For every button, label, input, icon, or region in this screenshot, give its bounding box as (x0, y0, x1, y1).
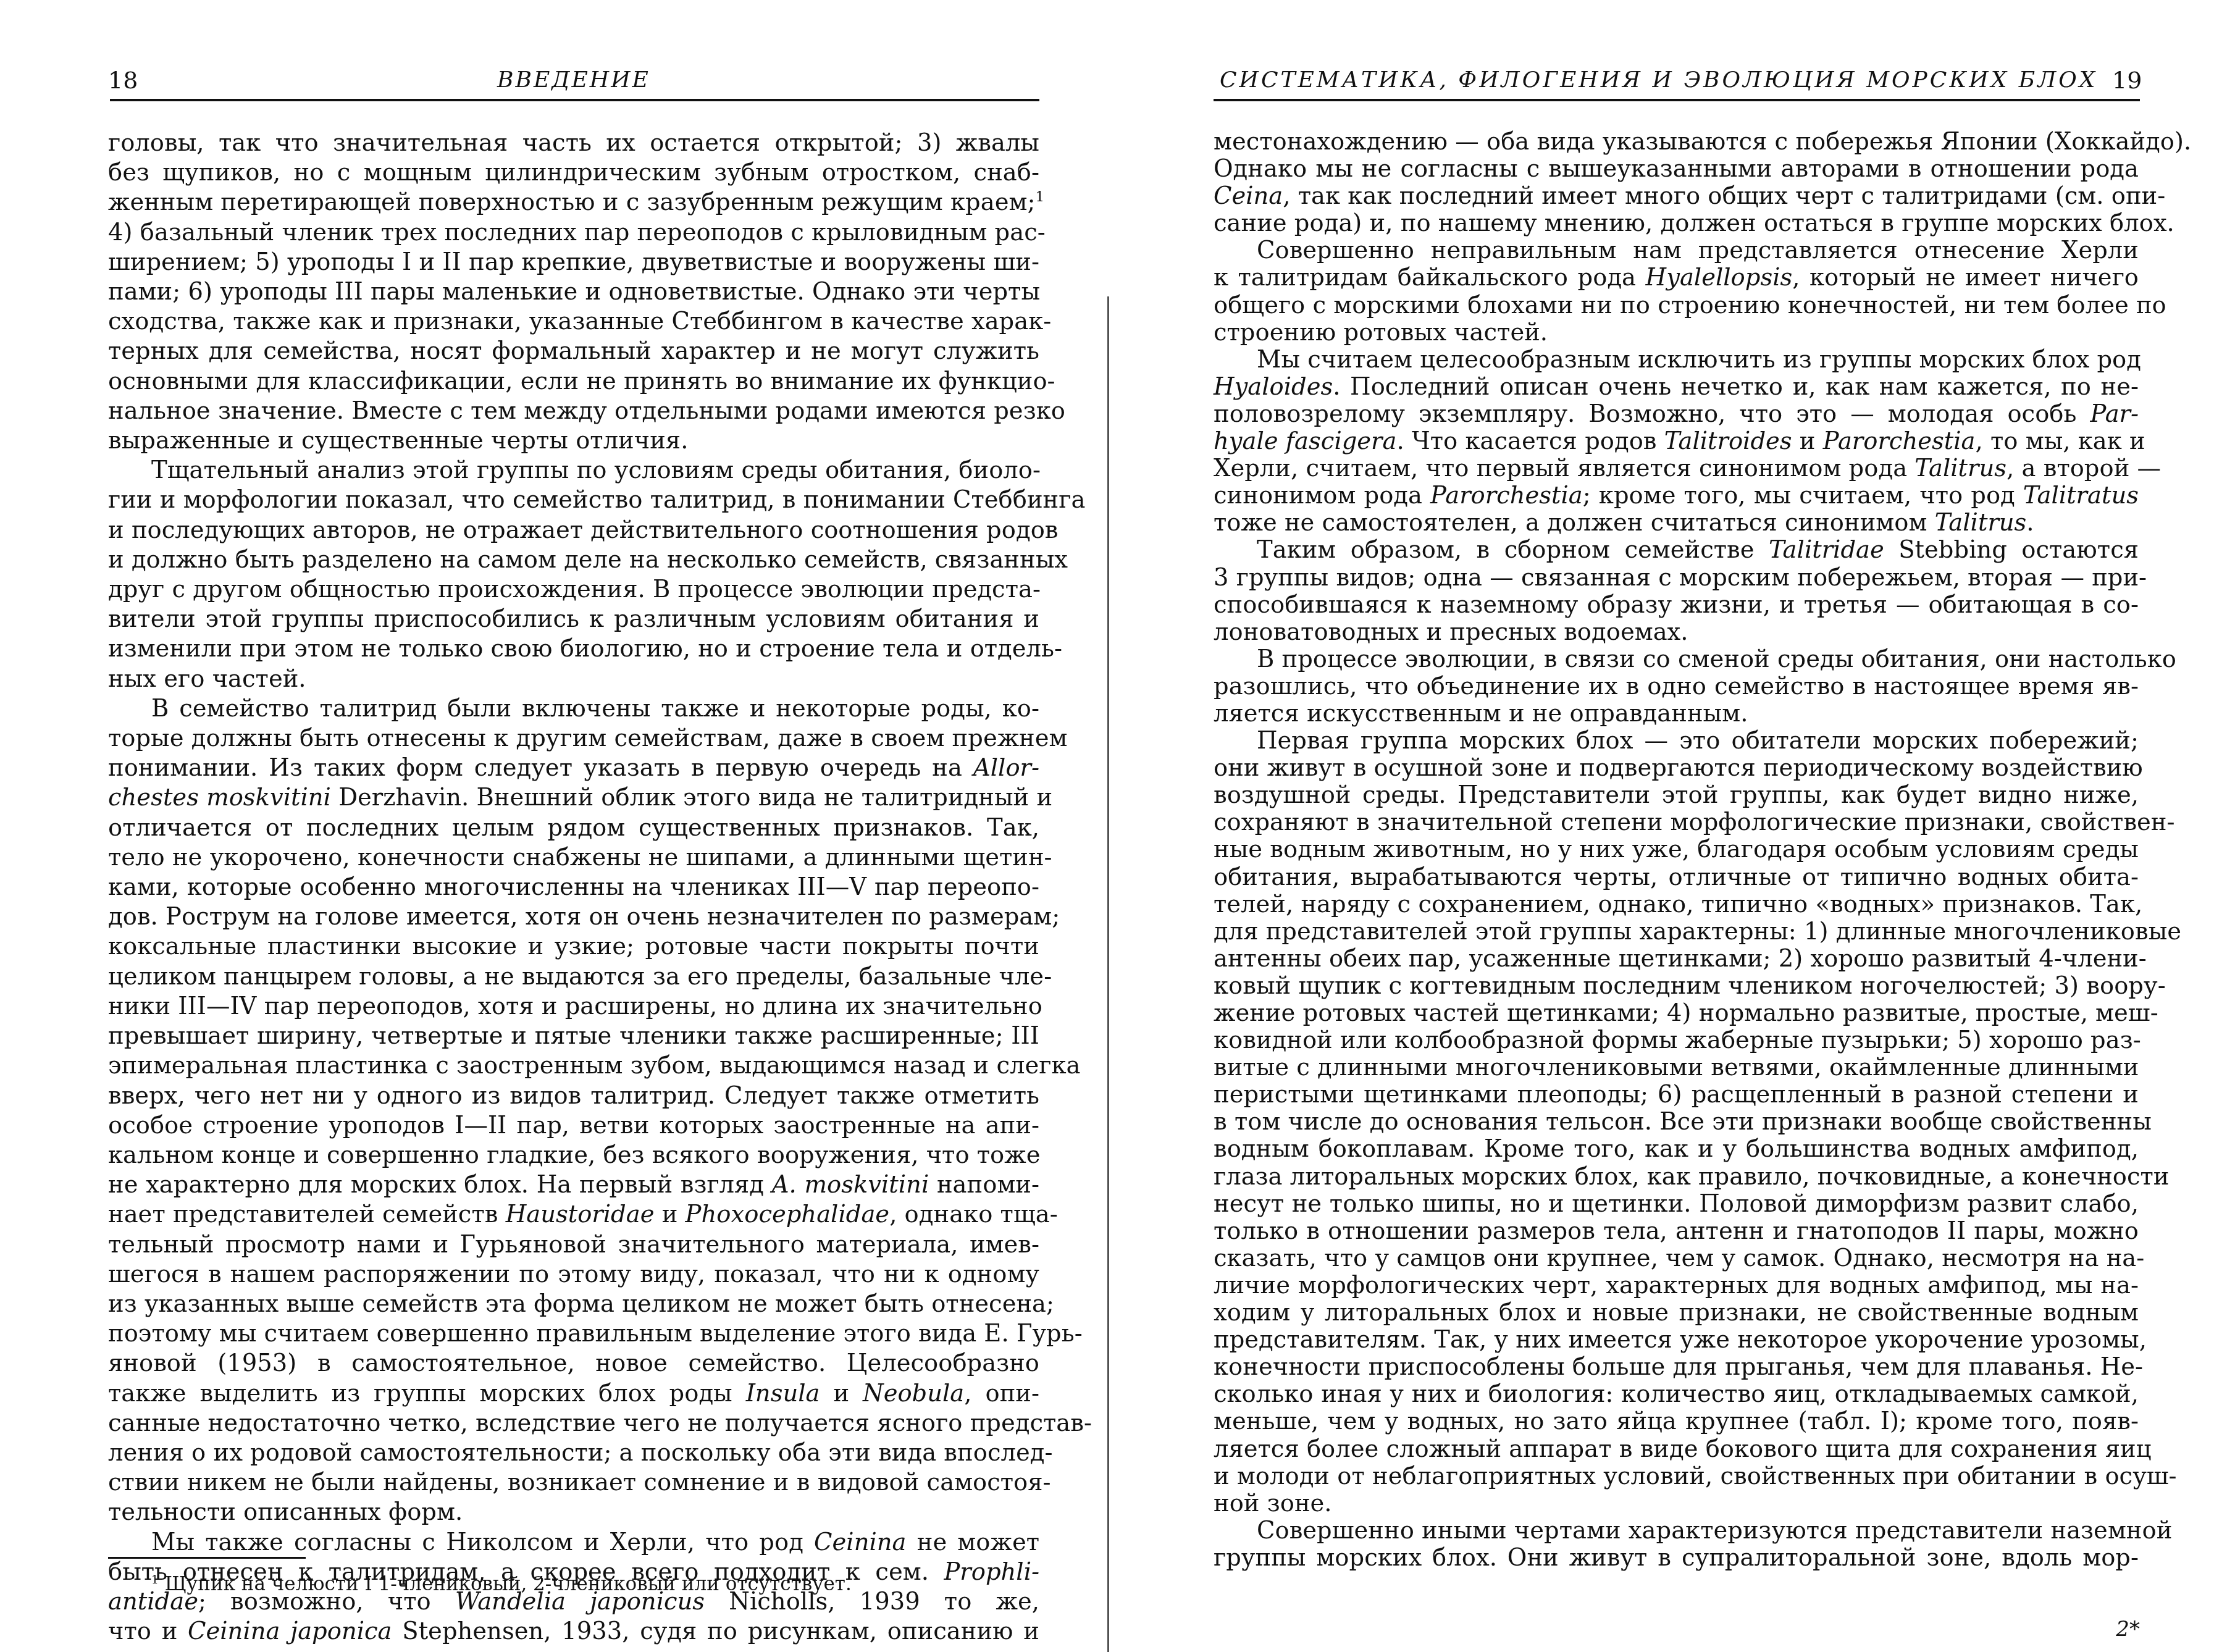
text-line: Тщательный анализ этой группы по условия… (108, 456, 1039, 485)
text-line: пами; 6) уроподы III пары маленькие и од… (108, 277, 1039, 307)
text-line: из указанных выше семейств эта форма цел… (108, 1289, 1039, 1319)
text-line: личие морфологических черт, характерных … (1214, 1272, 2139, 1299)
text-line: яновой (1953) в самостоятельное, новое с… (108, 1349, 1039, 1378)
left-page: 18 ВВЕДЕНИЕ головы, так что значительная… (0, 0, 1105, 1652)
text-line: превышает ширину, четвертые и пятые член… (108, 1021, 1039, 1051)
text-line: ляется более сложный аппарат в виде боко… (1214, 1436, 2139, 1463)
text-line: способившаяся к наземному образу жизни, … (1214, 592, 2139, 619)
text-line: целиком панцырем головы, а не выдаются з… (108, 962, 1039, 992)
text-line: витые с длинными многочлениковыми ветвям… (1214, 1054, 2139, 1081)
text-line: ники III—IV пар переоподов, хотя и расши… (108, 992, 1039, 1021)
text-line: 3 группы видов; одна — связанная с морск… (1214, 564, 2139, 592)
text-line: изменили при этом не только свою биологи… (108, 634, 1039, 664)
text-line: воздушной среды. Представители этой груп… (1214, 782, 2139, 809)
header-rule (110, 99, 1039, 101)
text-line: Мы также согласны с Николсом и Херли, чт… (108, 1528, 1039, 1558)
text-line: торые должны быть отнесены к другим семе… (108, 724, 1039, 753)
text-line: В семейство талитрид были включены также… (108, 694, 1039, 724)
footnote-rule (108, 1557, 306, 1559)
text-line: Ceina, так как последний имеет много общ… (1214, 183, 2139, 210)
text-line: тельный просмотр нами и Гурьяновой значи… (108, 1230, 1039, 1260)
text-line: кальном конце и совершенно гладкие, без … (108, 1141, 1039, 1170)
text-line: тоже не самостоятелен, а должен считатьс… (1214, 509, 2139, 537)
text-line: телей, наряду с сохранением, однако, тип… (1214, 891, 2139, 918)
text-line: вверх, чего нет ни у одного из видов тал… (108, 1081, 1039, 1111)
text-line: Однако мы не согласны с вышеуказанными а… (1214, 156, 2139, 183)
text-line: поэтому мы считаем совершенно правильным… (108, 1319, 1039, 1349)
text-line: hyale fascigera. Что касается родов Tali… (1214, 428, 2139, 455)
text-line: chestes moskvitini Derzhavin. Внешний об… (108, 783, 1039, 813)
text-line: группы морских блох. Они живут в супрали… (1214, 1545, 2139, 1572)
page-number: 18 (108, 65, 138, 96)
text-line: санные недостаточно четко, вследствие че… (108, 1409, 1039, 1438)
text-line: к талитридам байкальского рода Hyalellop… (1214, 264, 2139, 291)
text-line: друг с другом общностью происхождения. В… (108, 575, 1039, 605)
text-line: что и Ceinina japonica Stephensen, 1933,… (108, 1617, 1039, 1646)
footnote-marker: 1 (151, 1574, 159, 1587)
text-line: строению ротовых частей. (1214, 319, 2139, 346)
text-line: и должно быть разделено на самом деле на… (108, 545, 1039, 575)
text-line: ствии никем не были найдены, возникает с… (108, 1468, 1039, 1498)
text-line: нальное значение. Вместе с тем между отд… (108, 396, 1039, 426)
text-line: ковидной или колбообразной формы жаберны… (1214, 1027, 2139, 1054)
text-line: сколько иная у них и биология: количеств… (1214, 1381, 2139, 1408)
text-line: ления о их родовой самостоятельности; а … (108, 1438, 1039, 1468)
text-line: ками, которые особенно многочисленны на … (108, 873, 1039, 902)
text-line: ходим у литоральных блох и новые признак… (1214, 1299, 2139, 1327)
text-line: особое строение уроподов I—II пар, ветви… (108, 1111, 1039, 1141)
right-page: СИСТЕМАТИКА, ФИЛОГЕНИЯ И ЭВОЛЮЦИЯ МОРСКИ… (1112, 0, 2214, 1652)
text-line: выраженные и существенные черты отличия. (108, 426, 1039, 456)
text-line: Таким образом, в сборном семействе Talit… (1214, 537, 2139, 564)
text-line: также выделить из группы морских блох ро… (108, 1379, 1039, 1409)
text-line: ные водным животным, но у них уже, благо… (1214, 836, 2139, 863)
footnote: 1 Щупик на челюсти I 1-члениковый, 2-чле… (151, 1572, 852, 1596)
text-line: гии и морфологии показал, что семейство … (108, 485, 1039, 515)
text-line: 4) базальный членик трех последних пар п… (108, 218, 1039, 248)
text-line: половозрелому экземпляру. Возможно, что … (1214, 401, 2139, 428)
text-line: вители этой группы приспособились к разл… (108, 605, 1039, 634)
text-line: основными для классификации, если не при… (108, 367, 1039, 396)
footnote-text: Щупик на челюсти I 1-члениковый, 2-члени… (165, 1573, 852, 1595)
text-line: водным бокоплавам. Кроме того, как и у б… (1214, 1136, 2139, 1163)
text-line: они живут в осушной зоне и подвергаются … (1214, 755, 2139, 782)
text-line: и молоди от неблагоприятных условий, сво… (1214, 1463, 2139, 1490)
text-line: Мы считаем целесообразным исключить из г… (1214, 346, 2139, 374)
text-line: и последующих авторов, не отражает дейст… (108, 516, 1039, 545)
text-line: жение ротовых частей щетинками; 4) норма… (1214, 1000, 2139, 1027)
text-line: ной зоне. (1214, 1490, 2139, 1517)
text-line: Первая группа морских блох — это обитате… (1214, 727, 2139, 755)
text-line: не характерно для морских блох. На первы… (108, 1170, 1039, 1200)
text-line: головы, так что значительная часть их ос… (108, 128, 1039, 158)
text-line: эпимеральная пластинка с заостренным зуб… (108, 1051, 1039, 1081)
text-line: перистыми щетинками плеоподы; 6) расщепл… (1214, 1081, 2139, 1109)
text-line: ковый щупик с когтевидным последним член… (1214, 973, 2139, 1000)
text-line: конечности приспособлены больше для прыг… (1214, 1354, 2139, 1381)
text-line: сказать, что у самцов они крупнее, чем у… (1214, 1245, 2139, 1272)
text-line: тело не укорочено, конечности снабжены н… (108, 843, 1039, 873)
text-line: дов. Рострум на голове имеется, хотя он … (108, 902, 1039, 932)
text-line: для представителей этой группы характерн… (1214, 918, 2139, 945)
text-line: Hyaloides. Последний описан очень нечетк… (1214, 374, 2139, 401)
page-number: 19 (2112, 65, 2142, 96)
text-line: несут не только шипы, но и щетинки. Поло… (1214, 1191, 2139, 1218)
text-line: Совершенно иными чертами характеризуются… (1214, 1517, 2139, 1545)
text-line: ных его частей. (108, 665, 1039, 694)
text-line: женным перетирающей поверхностью и с заз… (108, 188, 1039, 217)
text-line: синонимом рода Parorchestia; кроме того,… (1214, 482, 2139, 509)
text-line: понимании. Из таких форм следует указать… (108, 753, 1039, 783)
text-line: антенны обеих пар, усаженные щетинками; … (1214, 945, 2139, 973)
text-line: обитания, вырабатываются черты, отличные… (1214, 864, 2139, 891)
text-line: только в отношении размеров тела, антенн… (1214, 1218, 2139, 1245)
text-line: меньше, чем у водных, но зато яйца крупн… (1214, 1408, 2139, 1435)
body-text: местонахождению — оба вида указываются с… (1214, 128, 2139, 1572)
text-line: лоноватоводных и пресных водоемах. (1214, 619, 2139, 646)
text-line: Херли, считаем, что первый является сино… (1214, 455, 2139, 482)
body-text: головы, так что значительная часть их ос… (108, 128, 1039, 1646)
text-line: нает представителей семейств Haustoridae… (108, 1200, 1039, 1230)
text-line: глаза литоральных морских блох, как прав… (1214, 1164, 2139, 1191)
text-line: коксальные пластинки высокие и узкие; ро… (108, 932, 1039, 962)
text-line: сохраняют в значительной степени морфоло… (1214, 809, 2139, 836)
text-line: представителям. Так, у них имеется уже н… (1214, 1327, 2139, 1354)
text-line: ширением; 5) уроподы I и II пар крепкие,… (108, 248, 1039, 277)
book-gutter (1107, 0, 1109, 1652)
text-line: тельности описанных форм. (108, 1498, 1039, 1527)
text-line: разошлись, что объединение их в одно сем… (1214, 673, 2139, 700)
text-line: шегося в нашем распоряжении по этому вид… (108, 1260, 1039, 1289)
signature-mark: 2* (2116, 1617, 2140, 1642)
text-line: общего с морскими блохами ни по строению… (1214, 292, 2139, 319)
text-line: В процессе эволюции, в связи со сменой с… (1214, 646, 2139, 673)
running-head: СИСТЕМАТИКА, ФИЛОГЕНИЯ И ЭВОЛЮЦИЯ МОРСКИ… (1220, 65, 2097, 96)
text-line: местонахождению — оба вида указываются с… (1214, 128, 2139, 156)
header-rule (1214, 99, 2140, 101)
text-line: отличается от последних целым рядом суще… (108, 813, 1039, 843)
text-line: в том числе до основания тельсон. Все эт… (1214, 1109, 2139, 1136)
running-head: ВВЕДЕНИЕ (497, 65, 650, 96)
text-line: терных для семейства, носят формальный х… (108, 337, 1039, 366)
text-line: сходства, также как и признаки, указанны… (108, 307, 1039, 337)
text-line: Совершенно неправильным нам представляет… (1214, 237, 2139, 264)
text-line: сание рода) и, по нашему мнению, должен … (1214, 210, 2139, 237)
text-line: ляется искусственным и не оправданным. (1214, 700, 2139, 727)
text-line: без щупиков, но с мощным цилиндрическим … (108, 158, 1039, 188)
